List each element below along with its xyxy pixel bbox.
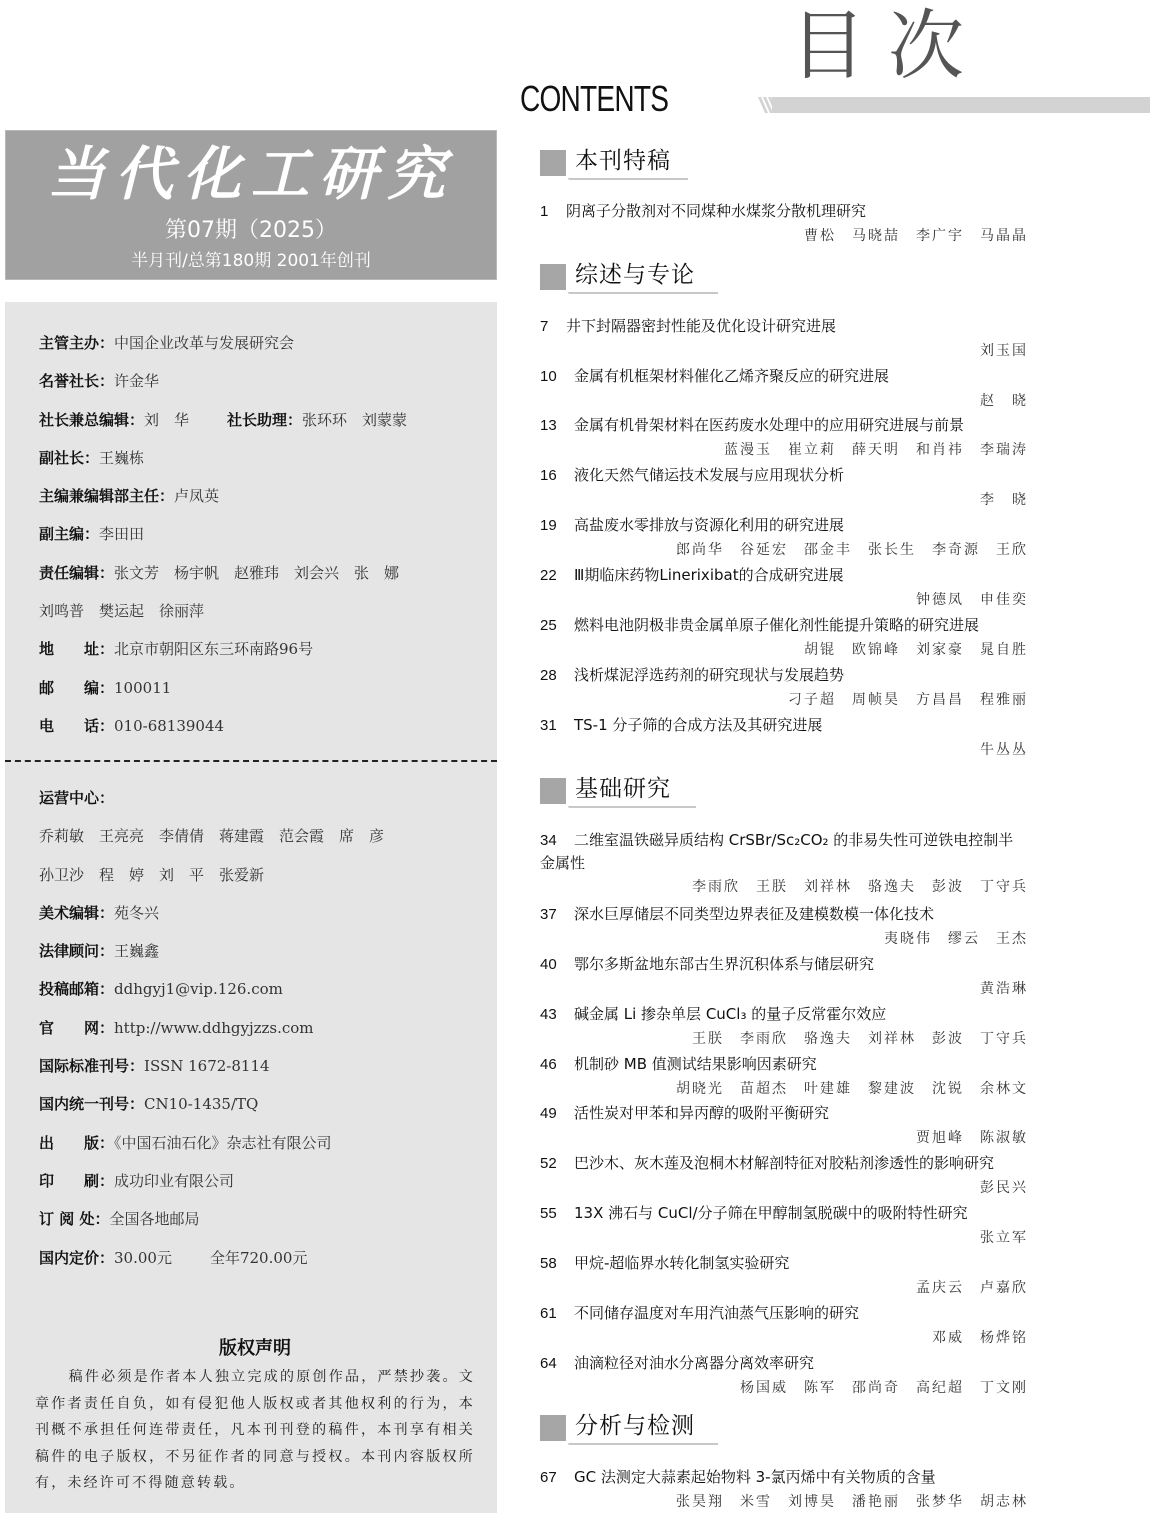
- section-square-icon: [540, 778, 566, 804]
- toc-entry[interactable]: 5513X 沸石与 CuCl/分子筛在甲醇制氢脱碳中的吸附特性研究 张立军: [540, 1202, 1028, 1251]
- info-row-postcode: 邮 编：100011: [39, 669, 489, 707]
- issue-number: 第07期（2025）: [6, 217, 496, 245]
- info-row-operations-center: 运营中心：: [39, 779, 489, 817]
- info-row-sponsor: 主管主办：中国企业改革与发展研究会: [39, 324, 489, 362]
- info-row-editor-director: 主编兼编辑部主任：卢凤英: [39, 477, 489, 515]
- toc-entry[interactable]: 19高盐废水零排放与资源化利用的研究进展 郎尚华 谷延宏 邵金丰 张长生 李奇源…: [540, 514, 1028, 563]
- toc-entry[interactable]: 52巴沙木、灰木莲及泡桐木材解剖特征对胶粘剂渗透性的影响研究 彭民兴: [540, 1152, 1028, 1201]
- copyright-notice: 版权声明 稿件必须是作者本人独立完成的原创作品，严禁抄袭。文章作者责任自负，如有…: [35, 1334, 475, 1497]
- toc-entry[interactable]: 58甲烷-超临界水转化制氢实验研究 孟庆云 卢嘉欣: [540, 1252, 1028, 1301]
- toc-entry[interactable]: 64油滴粒径对油水分离器分离效率研究 杨国威 陈军 邵尚奇 高纪超 丁文刚: [540, 1352, 1028, 1401]
- info-row-vice-president: 副社长：王巍栋: [39, 439, 489, 477]
- info-row-email: 投稿邮箱：ddhgyj1@vip.126.com: [39, 970, 489, 1008]
- info-row-publisher: 出 版：《中国石油石化》杂志社有限公司: [39, 1124, 489, 1162]
- info-row-operations-members-1: 乔莉敏 王亮亮 李倩倩 蒋建霞 范会霞 席 彦: [39, 817, 489, 855]
- copyright-title: 版权声明: [35, 1334, 475, 1364]
- journal-name: 当代化工研究: [6, 137, 496, 211]
- info-row-legal-advisor: 法律顾问：王巍鑫: [39, 932, 489, 970]
- toc-entry[interactable]: 10金属有机框架材料催化乙烯齐聚反应的研究进展 赵 晓: [540, 365, 1028, 414]
- toc-entry[interactable]: 34二维室温铁磁异质结构 CrSBr/Sc₂CO₂ 的非易失性可逆铁电控制半金属…: [540, 829, 1028, 900]
- page-title-cn: 目次: [790, 8, 986, 84]
- info-row-deputy-editor: 副主编：李田田: [39, 515, 489, 553]
- info-row-art-editor: 美术编辑：苑冬兴: [39, 894, 489, 932]
- journal-masthead: 当代化工研究 第07期（2025） 半月刊/总第180期 2001年创刊: [5, 130, 497, 280]
- toc-entry[interactable]: 43碱金属 Li 掺杂单层 CuCl₃ 的量子反常霍尔效应 王朕 李雨欣 骆逸夫…: [540, 1003, 1028, 1052]
- toc-entry[interactable]: 22Ⅲ期临床药物Linerixibat的合成研究进展 钟德凤 申佳奕: [540, 564, 1028, 613]
- toc-entry[interactable]: 46机制砂 MB 值测试结果影响因素研究 胡晓光 苗超杰 叶建雄 黎建波 沈锐 …: [540, 1053, 1028, 1102]
- copyright-body: 稿件必须是作者本人独立完成的原创作品，严禁抄袭。文章作者责任自负，如有侵犯他人版…: [35, 1364, 475, 1497]
- section-header-review: 综述与专论: [540, 262, 740, 296]
- toc-entry[interactable]: 13金属有机骨架材料在医药废水处理中的应用研究进展与前景 蓝漫玉 崔立莉 薛天明…: [540, 414, 1028, 463]
- editorial-info-panel: 主管主办：中国企业改革与发展研究会 名誉社长：许金华 社长兼总编辑：刘 华社长助…: [5, 302, 497, 1513]
- info-row-price: 国内定价：30.00元全年720.00元: [39, 1239, 489, 1277]
- toc-entry[interactable]: 7井下封隔器密封性能及优化设计研究进展 刘玉国: [540, 315, 1028, 364]
- email-link[interactable]: ddhgyj1@vip.126.com: [114, 980, 283, 998]
- info-row-address: 地 址：北京市朝阳区东三环南路96号: [39, 630, 489, 668]
- toc-entry[interactable]: 49活性炭对甲苯和异丙醇的吸附平衡研究 贾旭峰 陈淑敏: [540, 1102, 1028, 1151]
- info-row-website: 官 网：http://www.ddhgyjzzs.com: [39, 1009, 489, 1047]
- section-header-special: 本刊特稿: [540, 148, 740, 182]
- website-link[interactable]: http://www.ddhgyjzzs.com: [114, 1019, 314, 1037]
- publication-info: 半月刊/总第180期 2001年创刊: [6, 249, 496, 273]
- toc-entry[interactable]: 37深水巨厚储层不同类型边界表征及建模数模一体化技术 夷晓伟 缪云 王杰: [540, 903, 1028, 952]
- info-row-responsible-editors-cont: 刘鸣普 樊运起 徐丽萍: [39, 592, 489, 630]
- info-row-president: 社长兼总编辑：刘 华社长助理：张环环 刘蒙蒙: [39, 401, 489, 439]
- toc-entry[interactable]: 67GC 法测定大蒜素起始物料 3-氯丙烯中有关物质的含量 张昊翔 米雪 刘博昊…: [540, 1466, 1028, 1513]
- toc-entry[interactable]: 31TS-1 分子筛的合成方法及其研究进展 牛丛丛: [540, 714, 1028, 763]
- info-row-phone: 电 话：010-68139044: [39, 707, 489, 745]
- info-row-honorary-president: 名誉社长：许金华: [39, 362, 489, 400]
- toc-entry[interactable]: 40鄂尔多斯盆地东部古生界沉积体系与储层研究 黄浩琳: [540, 953, 1028, 1002]
- toc-entry[interactable]: 25燃料电池阴极非贵金属单原子催化剂性能提升策略的研究进展 胡锟 欧锦峰 刘家豪…: [540, 614, 1028, 663]
- toc-entry[interactable]: 61不同储存温度对车用汽油蒸气压影响的研究 邓威 杨烨铭: [540, 1302, 1028, 1351]
- header-rule: [772, 97, 1150, 113]
- info-row-subscription: 订 阅 处：全国各地邮局: [39, 1200, 489, 1238]
- section-header-analysis: 分析与检测: [540, 1413, 740, 1447]
- section-square-icon: [540, 1415, 566, 1441]
- info-row-responsible-editors: 责任编辑：张文芳 杨宇帆 赵雅玮 刘会兴 张 娜: [39, 554, 489, 592]
- info-row-issn: 国际标准刊号：ISSN 1672-8114: [39, 1047, 489, 1085]
- staff-list: 主管主办：中国企业改革与发展研究会 名誉社长：许金华 社长兼总编辑：刘 华社长助…: [39, 324, 489, 745]
- operations-list: 运营中心： 乔莉敏 王亮亮 李倩倩 蒋建霞 范会霞 席 彦 孙卫沙 程 婷 刘 …: [39, 779, 489, 1277]
- toc-entry[interactable]: 1阴离子分散剂对不同煤种水煤浆分散机理研究 曹松 马晓喆 李广宇 马晶晶: [540, 200, 1028, 249]
- toc-entry[interactable]: 16液化天然气储运技术发展与应用现状分析 李 晓: [540, 464, 1028, 513]
- section-header-basic-research: 基础研究: [540, 776, 740, 810]
- info-row-operations-members-2: 孙卫沙 程 婷 刘 平 张爱新: [39, 856, 489, 894]
- info-row-cn: 国内统一刊号：CN10-1435/TQ: [39, 1085, 489, 1123]
- info-row-printer: 印 刷：成功印业有限公司: [39, 1162, 489, 1200]
- toc-entry[interactable]: 28浅析煤泥浮选药剂的研究现状与发展趋势 刁子超 周帧昊 方昌昌 程雅丽: [540, 664, 1028, 713]
- dashed-divider: [5, 760, 497, 762]
- page-title-en: CONTENTS: [520, 78, 668, 120]
- section-square-icon: [540, 264, 566, 290]
- section-square-icon: [540, 150, 566, 176]
